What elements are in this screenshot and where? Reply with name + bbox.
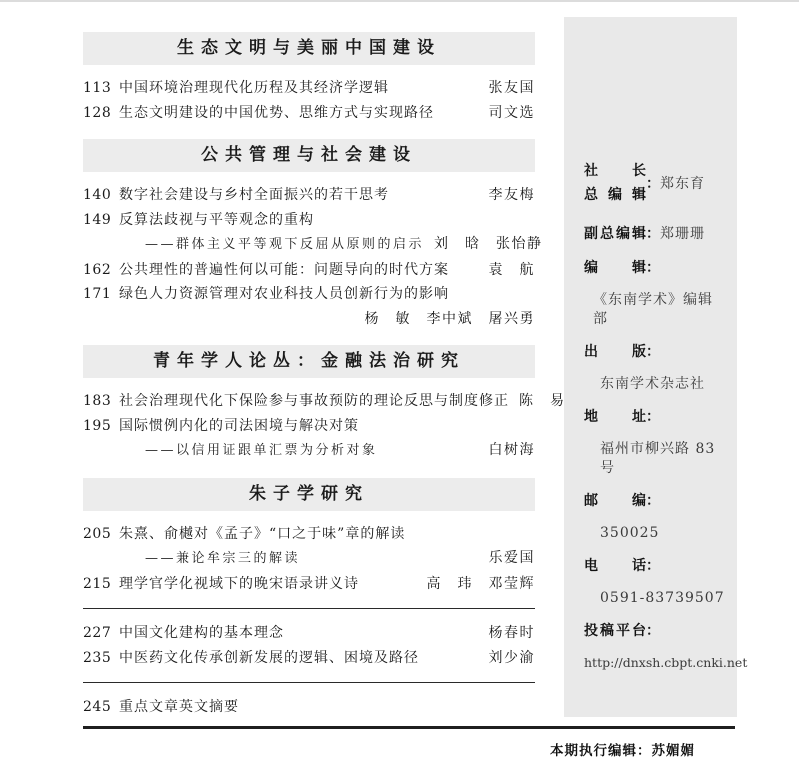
toc-divider — [83, 682, 535, 683]
masthead-value: 福州市柳兴路 83 号 — [600, 441, 715, 476]
toc-entry-authors: 陈 易 — [519, 389, 566, 414]
toc-entry: 195国际惯例内化的司法困境与解决对策 — [83, 414, 535, 439]
masthead-label-editor-in-chief: 总编辑 — [584, 183, 646, 207]
masthead-value: http://dnxsh.cbpt.cnki.net — [584, 655, 747, 670]
masthead-chief-value: ：郑东育 — [646, 173, 705, 193]
masthead-colon: ： — [646, 493, 660, 509]
toc-entry: 183社会治理现代化下保险参与事故预防的理论反思与制度修正陈 易 — [83, 389, 535, 414]
masthead-label-line: 地址： — [584, 406, 725, 427]
toc-entry: 227中国文化建构的基本理念杨春时 — [83, 621, 535, 646]
masthead-colon: ： — [646, 623, 660, 639]
toc-entry-page-number: 227 — [83, 621, 119, 646]
masthead-sidebar: 社长 总编辑 ：郑东育 副总编辑：郑珊珊编辑：《东南学术》编辑部出版：东南学术杂… — [564, 17, 737, 717]
toc-entry-page-number: 205 — [83, 522, 119, 547]
masthead-row: 出版：东南学术杂志社 — [584, 341, 725, 393]
footer-rule — [83, 726, 735, 729]
masthead-label-line: 电话： — [584, 555, 725, 576]
toc-entry-authors: 高 玮 邓莹辉 — [427, 572, 536, 597]
masthead-label-director: 社长 — [584, 159, 646, 183]
toc-entry-authors: 杨 敏 李中斌 屠兴勇 — [365, 307, 536, 332]
masthead-row: 地址：福州市柳兴路 83 号 — [584, 406, 725, 477]
toc-entry-authors: 李友梅 — [489, 183, 536, 208]
toc-entry-title: 绿色人力资源管理对农业科技人员创新行为的影响 — [119, 282, 449, 307]
toc-entry-authors: 刘少渝 — [489, 646, 536, 671]
toc-entry-title: 中国环境治理现代化历程及其经济学逻辑 — [119, 76, 389, 101]
toc-entry-subtitle: ——群体主义平等观下反屈从原则的启示 — [145, 233, 424, 258]
toc-entry-title: 中医药文化传承创新发展的逻辑、困境及路径 — [119, 646, 419, 671]
masthead-value-line: 0591-83739507 — [600, 588, 725, 607]
masthead-value-line: 《东南学术》编辑部 — [593, 290, 725, 328]
toc-divider — [83, 608, 535, 609]
masthead-colon: ： — [646, 409, 660, 425]
masthead-chief-labels: 社长 总编辑 — [584, 159, 646, 207]
toc-entry-subtitle: ——以信用证跟单汇票为分析对象 — [145, 439, 378, 464]
toc-entry: 149反算法歧视与平等观念的重构 — [83, 208, 535, 233]
toc-entry-page-number: 149 — [83, 208, 119, 233]
masthead-label: 投稿平台 — [584, 621, 646, 641]
toc-entry-title: 数字社会建设与乡村全面振兴的若干思考 — [119, 183, 389, 208]
toc-entry-subtitle-row: ——以信用证跟单汇票为分析对象白树海 — [83, 438, 535, 464]
masthead-value-line: 350025 — [600, 523, 725, 542]
toc-entry-page-number: 171 — [83, 282, 119, 307]
masthead-row: 投稿平台：http://dnxsh.cbpt.cnki.net — [584, 620, 725, 672]
masthead-chief-group: 社长 总编辑 ：郑东育 — [584, 159, 725, 207]
masthead-label-line: 编辑： — [584, 257, 725, 278]
masthead-value-line: 福州市柳兴路 83 号 — [600, 439, 725, 477]
toc-entry: 171绿色人力资源管理对农业科技人员创新行为的影响 — [83, 282, 535, 307]
section-header: 青年学人论丛：金融法治研究 — [83, 345, 535, 378]
toc-entry-authors: 张友国 — [489, 76, 536, 101]
toc-entry-title: 公共理性的普遍性何以可能：问题导向的时代方案 — [119, 258, 449, 283]
toc-entry-authors: 袁 航 — [489, 258, 536, 283]
masthead-value: 0591-83739507 — [600, 590, 725, 606]
toc-entry-authors: 白树海 — [489, 438, 536, 463]
toc-entry: 215理学官学化视域下的晚宋语录讲义诗高 玮 邓莹辉 — [83, 572, 535, 597]
toc-entry: 140数字社会建设与乡村全面振兴的若干思考李友梅 — [83, 183, 535, 208]
toc-entry-page-number: 162 — [83, 258, 119, 283]
masthead-chief-name: 郑东育 — [660, 176, 705, 192]
masthead-label: 地址 — [584, 407, 646, 427]
section-header: 公共管理与社会建设 — [83, 139, 535, 172]
masthead-colon: ： — [646, 558, 660, 574]
toc-entry-subtitle: ——兼论牟宗三的解读 — [145, 547, 300, 572]
toc-entry-page-number: 195 — [83, 414, 119, 439]
masthead-rows: 副总编辑：郑珊珊编辑：《东南学术》编辑部出版：东南学术杂志社地址：福州市柳兴路 … — [584, 223, 725, 672]
masthead-label-line: 副总编辑：郑珊珊 — [584, 223, 725, 244]
masthead-label-line: 出版： — [584, 341, 725, 362]
masthead-colon: ： — [646, 176, 660, 192]
masthead-label: 邮编 — [584, 491, 646, 511]
toc-entry-subtitle-row: ——兼论牟宗三的解读乐爱国 — [83, 546, 535, 572]
masthead-colon: ： — [646, 226, 660, 242]
toc: 生态文明与美丽中国建设113中国环境治理现代化历程及其经济学逻辑张友国128生态… — [83, 30, 535, 720]
masthead-colon: ： — [646, 260, 660, 276]
toc-entry: 245重点文章英文摘要 — [83, 695, 535, 720]
toc-entry-authors: 杨春时 — [489, 621, 536, 646]
masthead-value-line: http://dnxsh.cbpt.cnki.net — [584, 653, 725, 672]
toc-entry-subtitle-row: ——群体主义平等观下反屈从原则的启示刘 晗 张怡静 — [83, 232, 535, 258]
toc-entry: 205朱熹、俞樾对《孟子》“口之于味”章的解读 — [83, 522, 535, 547]
masthead-label: 出版 — [584, 342, 646, 362]
toc-entry-title: 朱熹、俞樾对《孟子》“口之于味”章的解读 — [119, 522, 405, 547]
masthead-row: 副总编辑：郑珊珊 — [584, 223, 725, 244]
executive-editor-note: 本期执行编辑：苏媚媚 — [83, 739, 735, 759]
masthead-label-line: 邮编： — [584, 490, 725, 511]
masthead-label: 副总编辑 — [584, 224, 646, 244]
masthead-label: 电话 — [584, 556, 646, 576]
toc-entry-page-number: 183 — [83, 389, 119, 414]
toc-entry-authors: 乐爱国 — [489, 546, 536, 571]
section-header: 朱子学研究 — [83, 478, 535, 511]
toc-entry-page-number: 128 — [83, 101, 119, 126]
toc-entry-authors: 刘 晗 张怡静 — [434, 232, 543, 257]
top-rule — [0, 0, 799, 2]
journal-toc-page: 生态文明与美丽中国建设113中国环境治理现代化历程及其经济学逻辑张友国128生态… — [0, 0, 799, 764]
toc-entry-page-number: 215 — [83, 572, 119, 597]
toc-entry-title: 重点文章英文摘要 — [119, 695, 239, 720]
masthead-label-line: 投稿平台： — [584, 620, 725, 641]
masthead-row: 邮编：350025 — [584, 490, 725, 542]
section-header: 生态文明与美丽中国建设 — [83, 32, 535, 65]
masthead-value: 《东南学术》编辑部 — [593, 292, 713, 327]
masthead-value: 东南学术杂志社 — [600, 376, 705, 392]
toc-entry-page-number: 245 — [83, 695, 119, 720]
toc-entry-page-number: 235 — [83, 646, 119, 671]
toc-entry: 235中医药文化传承创新发展的逻辑、困境及路径刘少渝 — [83, 646, 535, 671]
masthead-value: 350025 — [600, 525, 659, 541]
toc-entry: 113中国环境治理现代化历程及其经济学逻辑张友国 — [83, 76, 535, 101]
toc-entry-title: 反算法歧视与平等观念的重构 — [119, 208, 314, 233]
toc-entry: 128生态文明建设的中国优势、思维方式与实现路径司文选 — [83, 101, 535, 126]
toc-entry-authors: 司文选 — [489, 101, 536, 126]
masthead-colon: ： — [646, 344, 660, 360]
toc-entry-title: 国际惯例内化的司法困境与解决对策 — [119, 414, 359, 439]
masthead-row: 编辑：《东南学术》编辑部 — [584, 257, 725, 328]
toc-entry-title: 社会治理现代化下保险参与事故预防的理论反思与制度修正 — [119, 389, 509, 414]
masthead-value-line: 东南学术杂志社 — [600, 374, 725, 393]
masthead-row: 电话：0591-83739507 — [584, 555, 725, 607]
toc-entry-page-number: 140 — [83, 183, 119, 208]
toc-entry-subtitle-row: 杨 敏 李中斌 屠兴勇 — [83, 307, 535, 332]
toc-entry-title: 中国文化建构的基本理念 — [119, 621, 284, 646]
toc-entry: 162公共理性的普遍性何以可能：问题导向的时代方案袁 航 — [83, 258, 535, 283]
toc-entry-title: 理学官学化视域下的晚宋语录讲义诗 — [119, 572, 359, 597]
toc-entry-title: 生态文明建设的中国优势、思维方式与实现路径 — [119, 101, 434, 126]
masthead-label: 编辑 — [584, 258, 646, 278]
masthead-value: 郑珊珊 — [660, 226, 705, 242]
toc-entry-page-number: 113 — [83, 76, 119, 101]
